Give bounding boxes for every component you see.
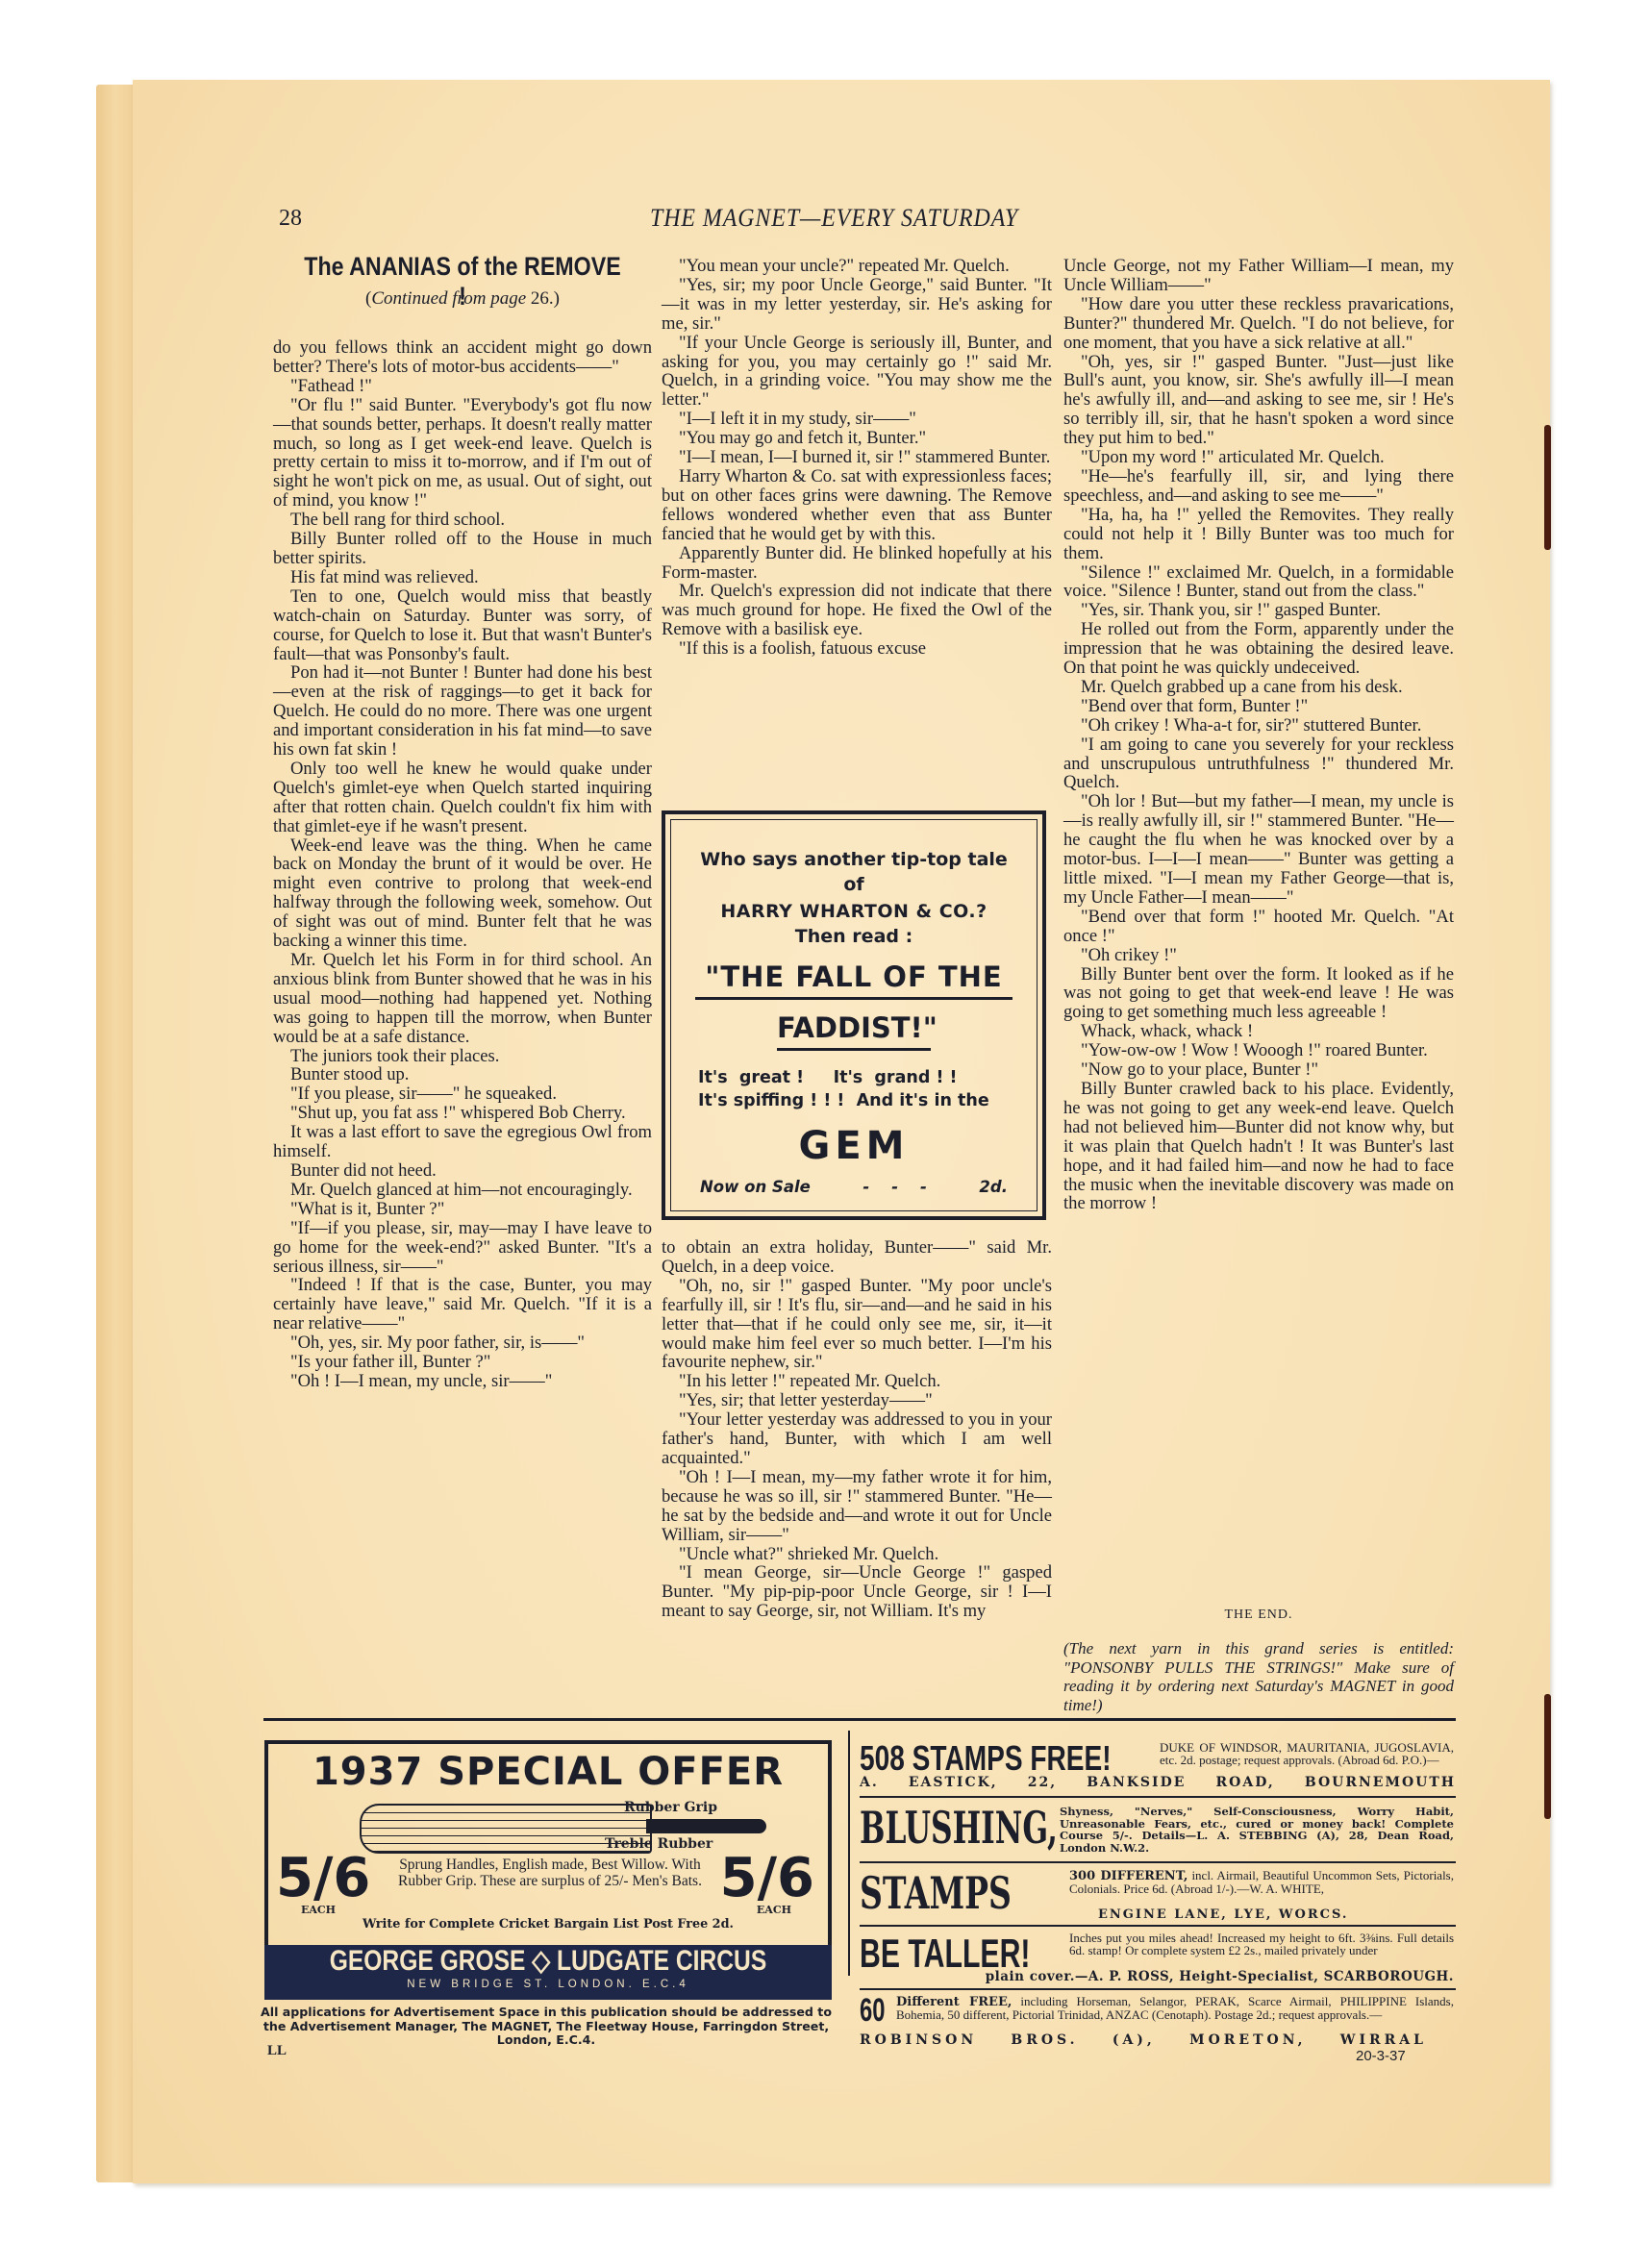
classified-body: Inches put you miles ahead! Increased my… bbox=[1069, 1932, 1454, 1956]
story-paragraph: Bunter stood up. bbox=[273, 1065, 652, 1084]
cricket-bat-advertisement: 1937 SPECIAL OFFER Rubber Grip Treble Ru… bbox=[264, 1740, 832, 1964]
running-title: THE MAGNET—EVERY SATURDAY bbox=[650, 204, 1018, 233]
story-paragraph: "You may go and fetch it, Bunter." bbox=[662, 429, 1052, 448]
story-paragraph: Uncle George, not my Father William—I me… bbox=[1063, 257, 1454, 295]
story-paragraph: "Fathead !" bbox=[273, 377, 652, 396]
continued-note: (Continued from page 26.) bbox=[273, 288, 652, 310]
staple-rust-mark bbox=[1544, 1694, 1551, 1819]
next-yarn-note: (The next yarn in this grand series is e… bbox=[1063, 1639, 1454, 1714]
gem-advertisement: Who says another tip-top tale of HARRY W… bbox=[662, 810, 1046, 1220]
story-paragraph: Harry Wharton & Co. sat with expressionl… bbox=[662, 467, 1052, 544]
classified-be-taller: BE TALLER! Inches put you miles ahead! I… bbox=[860, 1931, 1456, 1986]
story-paragraph: "Oh ! I—I mean, my uncle, sir——" bbox=[273, 1372, 652, 1391]
advertising-notice: All applications for Advertisement Space… bbox=[258, 2006, 835, 2048]
story-paragraph: "Bend over that form !" hooted Mr. Quelc… bbox=[1063, 908, 1454, 946]
story-paragraph: Billy Bunter rolled off to the House in … bbox=[273, 530, 652, 568]
classified-headline: 508 STAMPS FREE! bbox=[860, 1738, 1112, 1779]
story-paragraph: "He—he's fearfully ill, sir, and lying t… bbox=[1063, 467, 1454, 506]
ads-column-divider bbox=[848, 1731, 850, 1976]
story-paragraph: Ten to one, Quelch would miss that beast… bbox=[273, 587, 652, 664]
story-paragraph: "Oh crikey !" bbox=[1063, 946, 1454, 965]
cricket-bat-handle-icon bbox=[646, 1819, 766, 1833]
story-paragraph: "I—I mean, I—I burned it, sir !" stammer… bbox=[662, 448, 1052, 467]
page-number: 28 bbox=[279, 206, 302, 232]
story-paragraph: to obtain an extra holiday, Bunter——" sa… bbox=[662, 1238, 1052, 1277]
issue-date: 20-3-37 bbox=[1356, 2048, 1406, 2064]
printer-mark: LL bbox=[267, 2043, 287, 2059]
story-paragraph: "Your letter yesterday was addressed to … bbox=[662, 1410, 1052, 1468]
classified-headline: 60 bbox=[860, 1992, 885, 2030]
story-paragraph: "Ha, ha, ha !" yelled the Removites. The… bbox=[1063, 506, 1454, 563]
story-paragraph: "You mean your uncle?" repeated Mr. Quel… bbox=[662, 257, 1052, 276]
gem-ad-magazine-name: GEM bbox=[671, 1124, 1037, 1168]
section-divider bbox=[263, 1718, 1456, 1721]
story-paragraph: Mr. Quelch grabbed up a cane from his de… bbox=[1063, 678, 1454, 697]
story-paragraph: "Oh ! I—I mean, my—my father wrote it fo… bbox=[662, 1468, 1052, 1545]
each-left: EACH bbox=[301, 1904, 336, 1916]
gem-ad-praise: It's great ! It's grand ! ! bbox=[671, 1068, 1037, 1087]
price-left: 5/6 bbox=[276, 1852, 370, 1906]
gem-ad-praise: It's spiffing ! ! ! And it's in the bbox=[671, 1091, 1037, 1110]
story-column-1: do you fellows think an accident might g… bbox=[273, 338, 652, 1391]
story-paragraph: Week-end leave was the thing. When he ca… bbox=[273, 836, 652, 951]
cricket-ad-write-line: Write for Complete Cricket Bargain List … bbox=[276, 1917, 820, 1932]
story-column-2-top: "You mean your uncle?" repeated Mr. Quel… bbox=[662, 257, 1052, 659]
story-paragraph: Whack, whack, whack ! bbox=[1063, 1022, 1454, 1041]
story-paragraph: The juniors took their places. bbox=[273, 1047, 652, 1066]
story-paragraph: "Is your father ill, Bunter ?" bbox=[273, 1353, 652, 1372]
continued-page: 26 bbox=[531, 288, 549, 309]
cricket-ad-description: Sprung Handles, English made, Best Willo… bbox=[391, 1857, 709, 1889]
story-paragraph: "If this is a foolish, fatuous excuse bbox=[662, 639, 1052, 659]
gem-ad-dashes: - - - bbox=[862, 1178, 927, 1196]
classified-body: Shyness, "Nerves," Self-Consciousness, W… bbox=[1060, 1806, 1454, 1854]
continued-prefix: Continued from page bbox=[371, 288, 526, 309]
gem-ad-line: Then read : bbox=[671, 926, 1037, 947]
story-paragraph: "I—I left it in my study, sir——" bbox=[662, 410, 1052, 429]
story-paragraph: Billy Bunter bent over the form. It look… bbox=[1063, 965, 1454, 1023]
each-right: EACH bbox=[757, 1904, 791, 1916]
story-paragraph: "If you please, sir——" he squeaked. bbox=[273, 1084, 652, 1104]
story-paragraph: "Yow-ow-ow ! Wow ! Wooogh !" roared Bunt… bbox=[1063, 1041, 1454, 1060]
rubber-label: Treble Rubber bbox=[605, 1836, 712, 1852]
story-paragraph: "In his letter !" repeated Mr. Quelch. bbox=[662, 1372, 1052, 1391]
story-paragraph: "If—if you please, sir, may—may I have l… bbox=[273, 1219, 652, 1277]
gem-ad-line: HARRY WHARTON & CO.? bbox=[671, 901, 1037, 922]
gem-ad-story-title: "THE FALL OF THE bbox=[695, 960, 1012, 1000]
classified-footer: ENGINE LANE, LYE, WORCS. bbox=[1098, 1907, 1348, 1922]
story-paragraph: "Or flu !" said Bunter. "Everybody's got… bbox=[273, 396, 652, 511]
story-paragraph: "Oh lor ! But—but my father—I mean, my u… bbox=[1063, 792, 1454, 907]
story-paragraph: do you fellows think an accident might g… bbox=[273, 338, 652, 377]
classified-footer: plain cover.—A. P. ROSS, Height-Speciali… bbox=[888, 1969, 1454, 1984]
gem-ad-sale-label: Now on Sale bbox=[700, 1178, 811, 1196]
staple-rust-mark bbox=[1544, 425, 1551, 550]
story-paragraph: Pon had it—not Bunter ! Bunter had done … bbox=[273, 663, 652, 760]
gem-ad-line: of bbox=[671, 874, 1037, 895]
story-paragraph: "If your Uncle George is seriously ill, … bbox=[662, 334, 1052, 411]
story-paragraph: "Upon my word !" articulated Mr. Quelch. bbox=[1063, 448, 1454, 467]
classified-headline: BLUSHING, bbox=[860, 1802, 1058, 1854]
story-paragraph: "I mean George, sir—Uncle George !" gasp… bbox=[662, 1563, 1052, 1621]
story-paragraph: "Oh, yes, sir !" gasped Bunter. "Just—ju… bbox=[1063, 353, 1454, 449]
story-paragraph: "Oh, yes, sir. My poor father, sir, is——… bbox=[273, 1333, 652, 1353]
story-paragraph: He rolled out from the Form, apparently … bbox=[1063, 620, 1454, 678]
story-paragraph: The bell rang for third school. bbox=[273, 511, 652, 530]
story-paragraph: Only too well he knew he would quake und… bbox=[273, 760, 652, 836]
story-paragraph: "Yes, sir; my poor Uncle George," said B… bbox=[662, 276, 1052, 334]
classified-divider bbox=[860, 1796, 1456, 1798]
story-paragraph: "How dare you utter these reckless prava… bbox=[1063, 295, 1454, 353]
classified-stamps: STAMPS 300 DIFFERENT, incl. Airmail, Bea… bbox=[860, 1867, 1456, 1923]
the-end-label: THE END. bbox=[1063, 1606, 1454, 1625]
classified-divider bbox=[860, 1925, 1456, 1927]
story-paragraph: Mr. Quelch's expression did not indicate… bbox=[662, 582, 1052, 639]
story-paragraph: "I am going to cane you severely for you… bbox=[1063, 735, 1454, 793]
story-paragraph: "Shut up, you fat ass !" whispered Bob C… bbox=[273, 1104, 652, 1123]
classified-blushing: BLUSHING, Shyness, "Nerves," Self-Consci… bbox=[860, 1802, 1456, 1857]
cricket-ad-headline: 1937 SPECIAL OFFER bbox=[278, 1750, 818, 1794]
story-paragraph: "Yes, sir. Thank you, sir !" gasped Bunt… bbox=[1063, 601, 1454, 620]
story-paragraph: "Indeed ! If that is the case, Bunter, y… bbox=[273, 1276, 652, 1333]
story-paragraph: "Oh crikey ! Wha-a-t for, sir?" stuttere… bbox=[1063, 716, 1454, 735]
story-paragraph: "Uncle what?" shrieked Mr. Quelch. bbox=[662, 1545, 1052, 1564]
story-column-2-bottom: to obtain an extra holiday, Bunter——" sa… bbox=[662, 1238, 1052, 1621]
story-paragraph: "Oh, no, sir !" gasped Bunter. "My poor … bbox=[662, 1277, 1052, 1373]
classified-body: DUKE OF WINDSOR, MAURITANIA, JUGOSLAVIA,… bbox=[1160, 1742, 1454, 1766]
story-paragraph: Bunter did not heed. bbox=[273, 1161, 652, 1181]
story-paragraph: Mr. Quelch glanced at him—not encouragin… bbox=[273, 1181, 652, 1200]
story-column-3: Uncle George, not my Father William—I me… bbox=[1063, 257, 1454, 1213]
classified-footer: ROBINSON BROS. (A), MORETON, WIRRAL bbox=[860, 2032, 1427, 2048]
classified-footer: A. EASTICK, 22, BANKSIDE ROAD, BOURNEMOU… bbox=[860, 1775, 1456, 1790]
story-paragraph: Mr. Quelch let his Form in for third sch… bbox=[273, 951, 652, 1047]
gem-ad-price: 2d. bbox=[979, 1178, 1008, 1196]
gem-ad-sale-line: Now on Sale - - - 2d. bbox=[671, 1178, 1037, 1196]
gem-ad-line: Who says another tip-top tale bbox=[671, 849, 1037, 870]
story-paragraph: Billy Bunter crawled back to his place. … bbox=[1063, 1080, 1454, 1213]
company-address: NEW BRIDGE ST. LONDON. E.C.4 bbox=[264, 1978, 832, 1991]
classified-ads: 508 STAMPS FREE! DUKE OF WINDSOR, MAURIT… bbox=[860, 1738, 1456, 2056]
story-paragraph: "Silence !" exclaimed Mr. Quelch, in a f… bbox=[1063, 563, 1454, 602]
story-paragraph: It was a last effort to save the egregio… bbox=[273, 1123, 652, 1161]
story-paragraph: "Now go to your place, Bunter !" bbox=[1063, 1060, 1454, 1080]
classified-60-different: 60 Different FREE, including Horseman, S… bbox=[860, 1994, 1456, 2052]
grip-label: Rubber Grip bbox=[624, 1800, 717, 1815]
classified-headline: STAMPS bbox=[860, 1867, 1012, 1919]
story-paragraph: "What is it, Bunter ?" bbox=[273, 1200, 652, 1219]
classified-divider bbox=[860, 1988, 1456, 1990]
story-paragraph: "Yes, sir; that letter yesterday——" bbox=[662, 1391, 1052, 1410]
story-paragraph: "Bend over that form, Bunter !" bbox=[1063, 697, 1454, 716]
story-paragraph: His fat mind was relieved. bbox=[273, 568, 652, 587]
gem-ad-story-title: FADDIST!" bbox=[777, 1011, 931, 1051]
classified-body: Different FREE, including Horseman, Sela… bbox=[896, 1996, 1454, 2021]
price-right: 5/6 bbox=[720, 1852, 814, 1906]
classified-stamps-free: 508 STAMPS FREE! DUKE OF WINDSOR, MAURIT… bbox=[860, 1738, 1456, 1792]
george-grose-banner: GEORGE GROSE ◇ LUDGATE CIRCUS NEW BRIDGE… bbox=[264, 1945, 832, 2000]
company-name: GEORGE GROSE ◇ LUDGATE CIRCUS bbox=[315, 1945, 781, 1978]
story-paragraph: Apparently Bunter did. He blinked hopefu… bbox=[662, 544, 1052, 583]
classified-body: 300 DIFFERENT, incl. Airmail, Beautiful … bbox=[1069, 1870, 1454, 1895]
classified-divider bbox=[860, 1861, 1456, 1863]
magazine-spine-edge bbox=[96, 85, 135, 2182]
